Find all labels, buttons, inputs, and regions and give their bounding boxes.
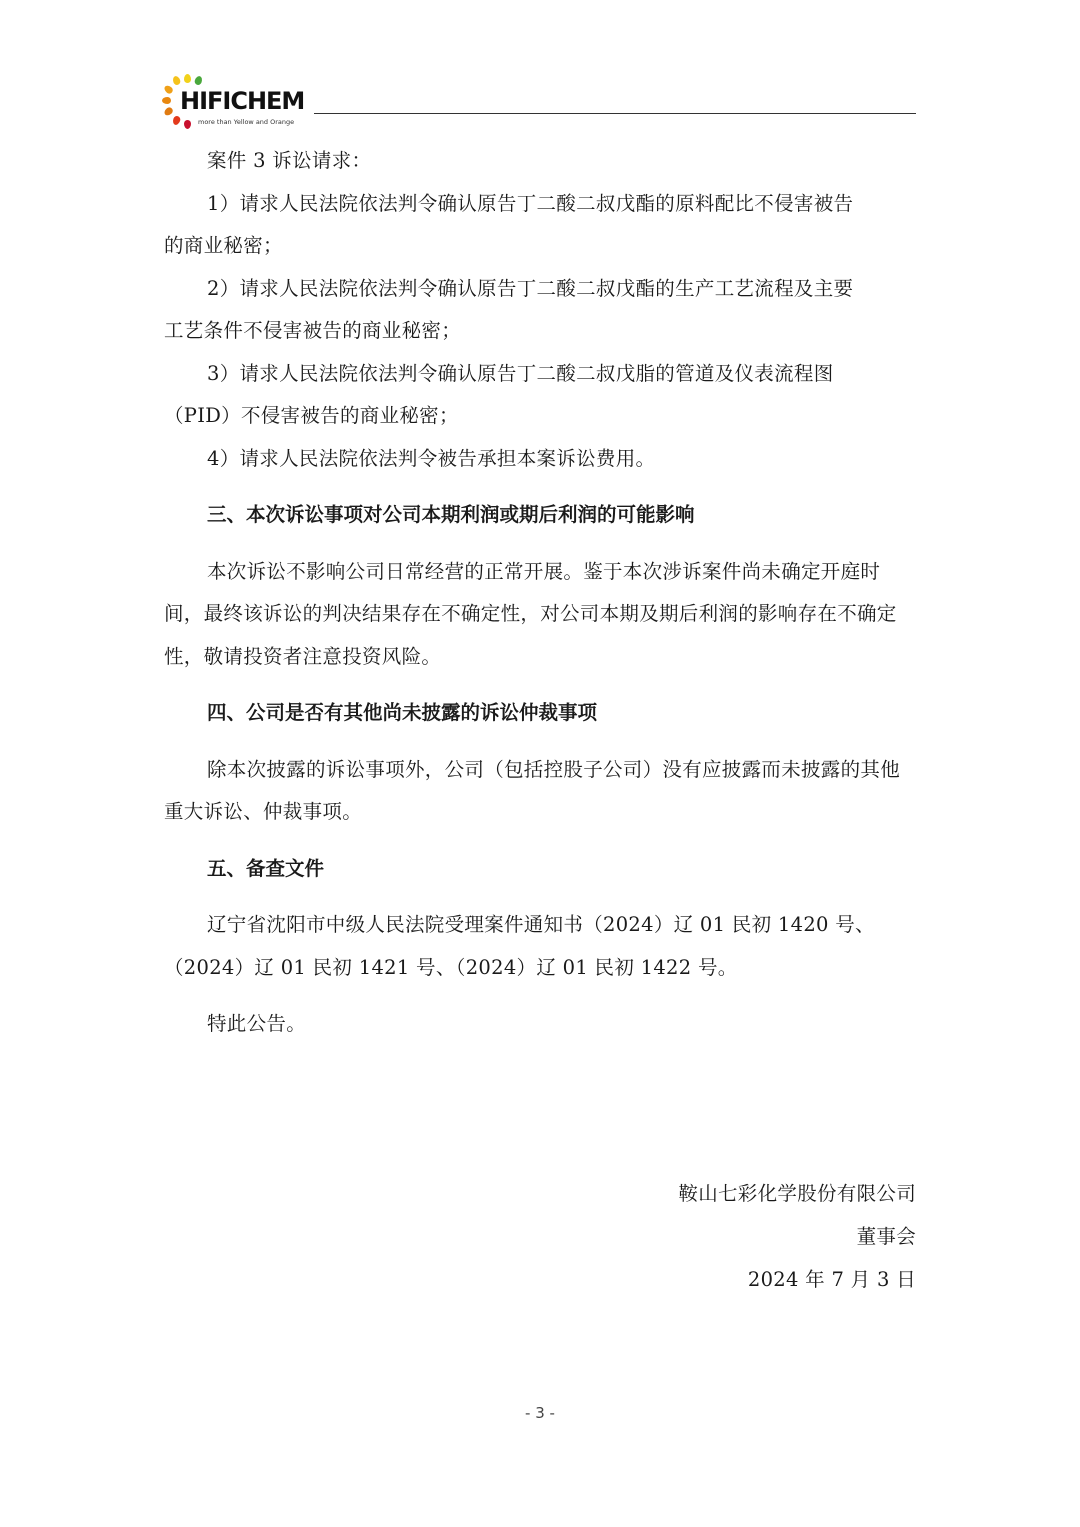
case3-title: 案件 3 诉讼请求： <box>164 140 916 183</box>
section-5-text: 辽宁省沈阳市中级人民法院受理案件通知书（2024）辽 01 民初 1420 号、… <box>164 904 916 989</box>
claim-4: 4）请求人民法院依法判令被告承担本案诉讼费用。 <box>164 438 916 481</box>
logo-petal <box>163 84 174 95</box>
claim-2-line-1: 2）请求人民法院依法判令确认原告丁二酸二叔戊酯的生产工艺流程及主要 <box>164 268 916 311</box>
page-number: - 3 - <box>0 1404 1080 1422</box>
logo-petal <box>163 106 174 117</box>
claim-2-line-2: 工艺条件不侵害被告的商业秘密； <box>164 310 916 353</box>
company-logo: HIFICHEM more than Yellow and Orange <box>162 74 312 130</box>
page-header: HIFICHEM more than Yellow and Orange <box>162 74 918 130</box>
header-divider <box>314 113 916 114</box>
document-body: 案件 3 诉讼请求： 1）请求人民法院依法判令确认原告丁二酸二叔戊酯的原料配比不… <box>164 140 916 1046</box>
signature-date: 2024 年 7 月 3 日 <box>678 1258 916 1301</box>
logo-petal <box>172 115 182 126</box>
signature-block: 鞍山七彩化学股份有限公司 董事会 2024 年 7 月 3 日 <box>678 1172 916 1301</box>
claim-1-line-2: 的商业秘密； <box>164 225 916 268</box>
section-4-text: 除本次披露的诉讼事项外，公司（包括控股子公司）没有应披露而未披露的其他重大诉讼、… <box>164 749 916 834</box>
signature-board: 董事会 <box>678 1215 916 1258</box>
logo-petal <box>162 97 171 104</box>
logo-tagline: more than Yellow and Orange <box>198 118 294 126</box>
logo-petal <box>194 75 204 86</box>
logo-wordmark: HIFICHEM <box>180 88 304 114</box>
section-4-heading: 四、公司是否有其他尚未披露的诉讼仲裁事项 <box>164 692 916 735</box>
claim-3-line-2: （PID）不侵害被告的商业秘密； <box>164 395 916 438</box>
logo-petal <box>172 75 182 86</box>
logo-petal <box>184 120 191 129</box>
logo-petal <box>184 74 191 83</box>
signature-company: 鞍山七彩化学股份有限公司 <box>678 1172 916 1215</box>
claim-3-line-1: 3）请求人民法院依法判令确认原告丁二酸二叔戊脂的管道及仪表流程图 <box>164 353 916 396</box>
section-3-text: 本次诉讼不影响公司日常经营的正常开展。鉴于本次涉诉案件尚未确定开庭时间，最终该诉… <box>164 551 916 679</box>
section-3-heading: 三、本次诉讼事项对公司本期利润或期后利润的可能影响 <box>164 494 916 537</box>
claim-1-line-1: 1）请求人民法院依法判令确认原告丁二酸二叔戊酯的原料配比不侵害被告 <box>164 183 916 226</box>
closing-statement: 特此公告。 <box>164 1003 916 1046</box>
section-5-heading: 五、备查文件 <box>164 848 916 891</box>
